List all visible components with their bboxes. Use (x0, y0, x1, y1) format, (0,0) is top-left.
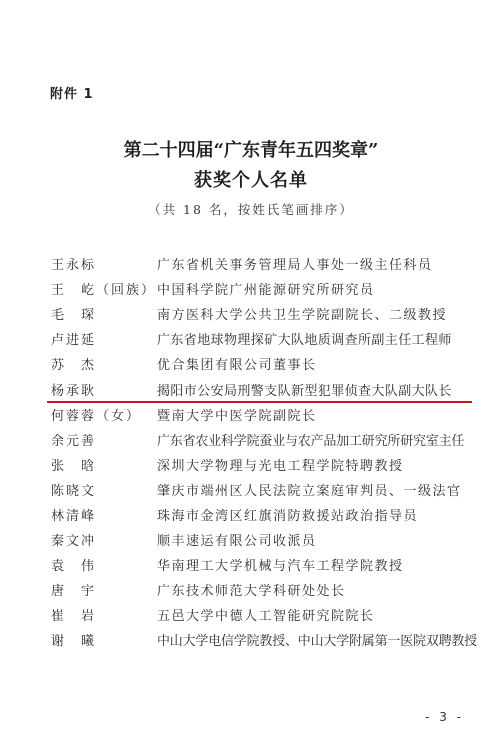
awardee-affiliation: 广东省机关事务管理局人事处一级主任科员 (157, 254, 433, 273)
awardee-row: 林清峰 珠海市金湾区红旗消防救援站政治指导员 (51, 502, 481, 527)
awardee-name: 谢 曦 (51, 630, 157, 649)
awardee-name: 毛 琛 (51, 304, 157, 323)
awardee-list: 王永标 广东省机关事务管理局人事处一级主任科员 王 屹（回族） 中国科学院广州能… (51, 251, 481, 653)
awardee-row: 袁 伟 华南理工大学机械与汽车工程学院教授 (51, 552, 481, 577)
awardee-name: 杨承耿 (51, 380, 157, 399)
highlight-underline (47, 401, 472, 403)
awardee-row: 苏 杰 优合集团有限公司董事长 (51, 351, 481, 376)
awardee-row: 何蓉蓉（女） 暨南大学中医学院副院长 (51, 402, 481, 427)
awardee-name: 张 晗 (51, 455, 157, 474)
awardee-name: 崔 岩 (51, 605, 157, 624)
awardee-row: 卢进延 广东省地球物理探矿大队地质调查所副主任工程师 (51, 326, 481, 351)
awardee-name: 卢进延 (51, 329, 157, 348)
awardee-row: 秦文冲 顺丰速运有限公司收派员 (51, 527, 481, 552)
awardee-name: 唐 宇 (51, 580, 157, 599)
awardee-affiliation: 优合集团有限公司董事长 (157, 354, 317, 373)
awardee-row: 陈晓文 肇庆市端州区人民法院立案庭审判员、一级法官 (51, 477, 481, 502)
awardee-row: 谢 曦 中山大学电信学院教授、中山大学附属第一医院双聘教授 (51, 627, 481, 652)
awardee-affiliation: 珠海市金湾区红旗消防救援站政治指导员 (157, 505, 418, 524)
awardee-name: 何蓉蓉（女） (51, 405, 157, 424)
awardee-affiliation: 五邑大学中德人工智能研究院院长 (157, 605, 375, 624)
awardee-row: 毛 琛 南方医科大学公共卫生学院副院长、二级教授 (51, 301, 481, 326)
awardee-affiliation: 华南理工大学机械与汽车工程学院教授 (157, 555, 404, 574)
awardee-affiliation: 深圳大学物理与光电工程学院特聘教授 (157, 455, 404, 474)
document-title-line2: 获奖个人名单 (0, 166, 502, 192)
awardee-row: 王永标 广东省机关事务管理局人事处一级主任科员 (51, 251, 481, 276)
awardee-name: 王 屹（回族） (51, 279, 157, 298)
awardee-row: 余元善 广东省农业科学院蚕业与农产品加工研究所研究室主任 (51, 427, 481, 452)
awardee-affiliation: 暨南大学中医学院副院长 (157, 405, 317, 424)
attachment-label: 附件 1 (50, 83, 94, 102)
awardee-name: 余元善 (51, 430, 157, 449)
awardee-name: 陈晓文 (51, 480, 157, 499)
document-subtitle: （共 18 名，按姓氏笔画排序） (0, 200, 502, 218)
awardee-affiliation: 广东技术师范大学科研处处长 (157, 580, 346, 599)
awardee-affiliation: 顺丰速运有限公司收派员 (157, 530, 317, 549)
awardee-row: 王 屹（回族） 中国科学院广州能源研究所研究员 (51, 276, 481, 301)
awardee-affiliation: 肇庆市端州区人民法院立案庭审判员、一级法官 (157, 480, 462, 499)
awardee-name: 袁 伟 (51, 555, 157, 574)
awardee-affiliation: 广东省地球物理探矿大队地质调查所副主任工程师 (157, 329, 452, 348)
document-title: 第二十四届“广东青年五四奖章” (0, 136, 502, 162)
awardee-affiliation: 揭阳市公安局刑警支队新型犯罪侦查大队副大队长 (157, 380, 452, 399)
awardee-affiliation: 中国科学院广州能源研究所研究员 (157, 279, 375, 298)
awardee-row: 唐 宇 广东技术师范大学科研处处长 (51, 577, 481, 602)
awardee-name: 秦文冲 (51, 530, 157, 549)
awardee-row-highlighted: 杨承耿 揭阳市公安局刑警支队新型犯罪侦查大队副大队长 (51, 376, 481, 401)
awardee-name: 林清峰 (51, 505, 157, 524)
page-number: - 3 - (425, 710, 464, 724)
awardee-affiliation: 广东省农业科学院蚕业与农产品加工研究所研究室主任 (157, 430, 464, 449)
awardee-affiliation: 中山大学电信学院教授、中山大学附属第一医院双聘教授 (157, 630, 477, 649)
awardee-name: 苏 杰 (51, 354, 157, 373)
awardee-name: 王永标 (51, 254, 157, 273)
awardee-row: 崔 岩 五邑大学中德人工智能研究院院长 (51, 602, 481, 627)
awardee-affiliation: 南方医科大学公共卫生学院副院长、二级教授 (157, 304, 447, 323)
awardee-row: 张 晗 深圳大学物理与光电工程学院特聘教授 (51, 452, 481, 477)
